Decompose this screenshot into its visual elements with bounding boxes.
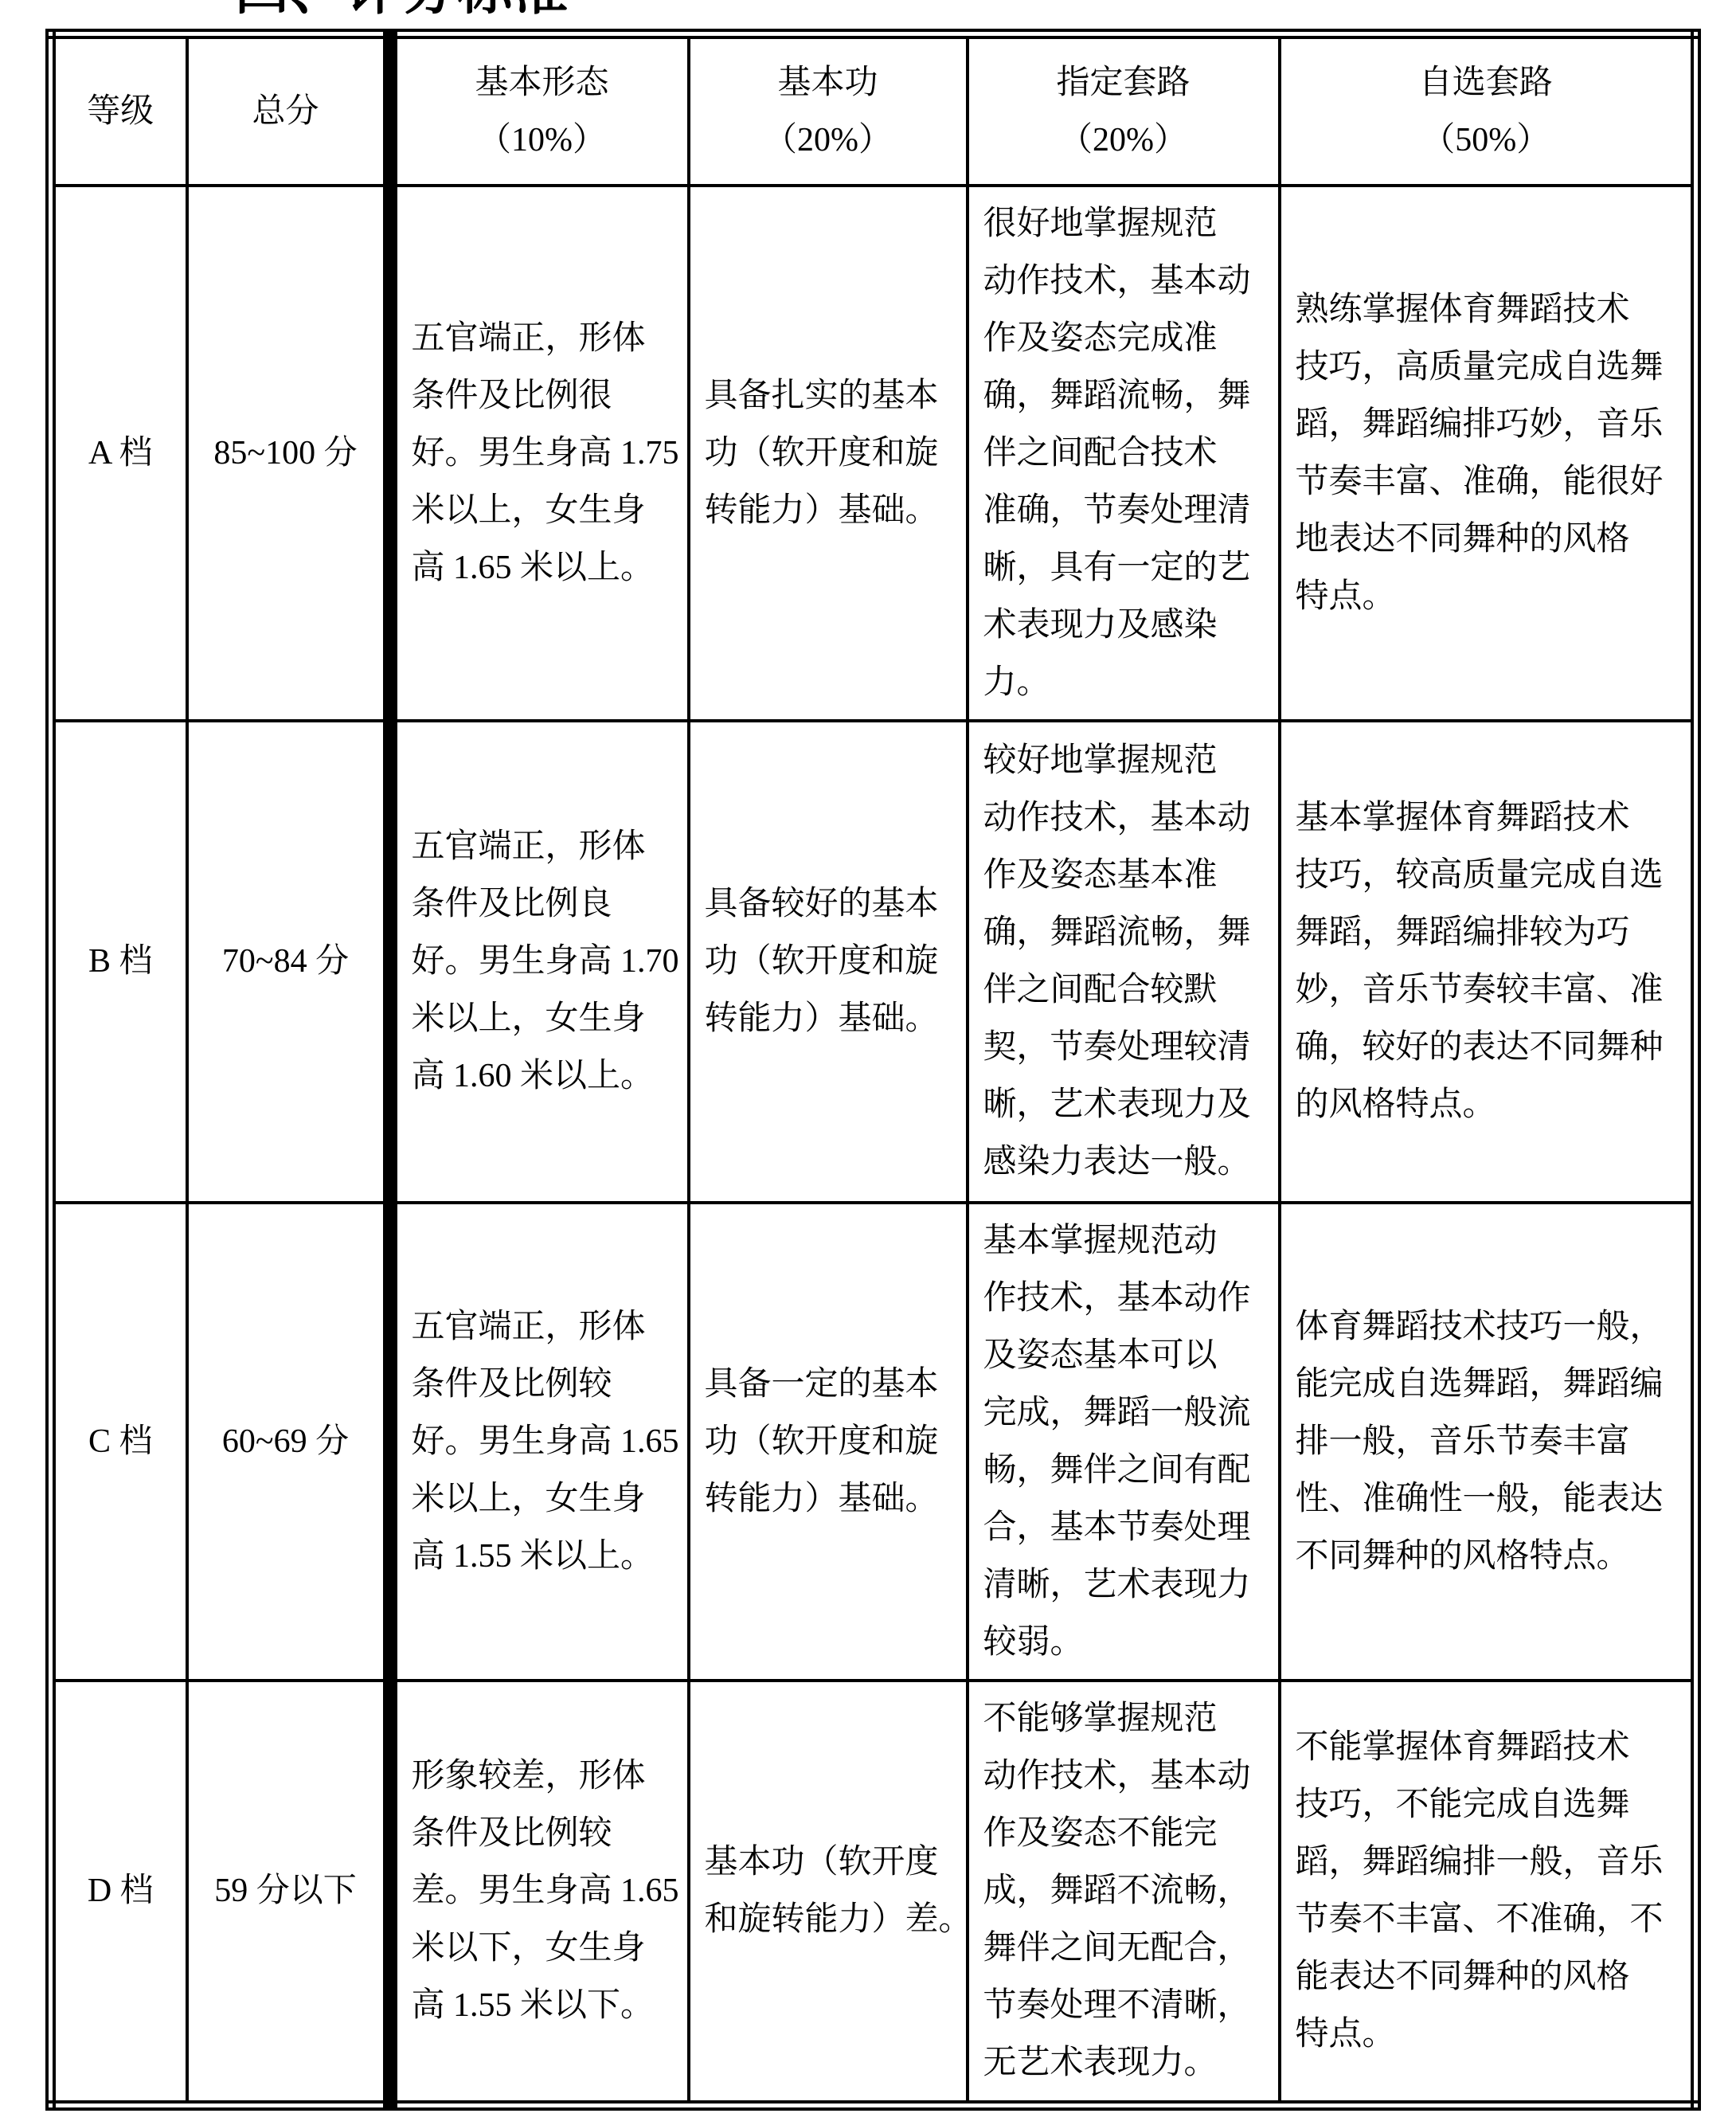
header-basic-skills: 基本功 （20%）: [689, 34, 968, 186]
grading-criteria-table: 等级 总分 基本形态 （10%） 基本功 （20%） 指定套路 （20%） 自选…: [45, 29, 1701, 2111]
cell-d-grade: D 档: [51, 1681, 187, 2106]
table-header-row: 等级 总分 基本形态 （10%） 基本功 （20%） 指定套路 （20%） 自选…: [51, 34, 1696, 186]
cell-d-optional: 不能掌握体育舞蹈技术 技巧，不能完成自选舞 蹈，舞蹈编排一般，音乐 节奏不丰富、…: [1280, 1681, 1696, 2106]
cell-b-score: 70~84 分: [187, 721, 390, 1203]
cell-c-basics: 具备一定的基本 功（软开度和旋 转能力）基础。: [689, 1203, 968, 1681]
cell-d-score: 59 分以下: [187, 1681, 390, 2106]
cell-c-appearance: 五官端正，形体 条件及比例较 好。男生身高 1.65 米以上，女生身 高 1.5…: [390, 1203, 689, 1681]
cell-d-designated: 不能够掌握规范 动作技术，基本动 作及姿态不能完 成，舞蹈不流畅， 舞伴之间无配…: [968, 1681, 1280, 2106]
cell-b-grade: B 档: [51, 721, 187, 1203]
table-row-grade-c: C 档 60~69 分 五官端正，形体 条件及比例较 好。男生身高 1.65 米…: [51, 1203, 1696, 1681]
cell-b-optional: 基本掌握体育舞蹈技术 技巧，较高质量完成自选 舞蹈，舞蹈编排较为巧 妙，音乐节奏…: [1280, 721, 1696, 1203]
cell-b-appearance: 五官端正，形体 条件及比例良 好。男生身高 1.70 米以上，女生身 高 1.6…: [390, 721, 689, 1203]
cell-b-designated: 较好地掌握规范 动作技术，基本动 作及姿态基本准 确，舞蹈流畅，舞 伴之间配合较…: [968, 721, 1280, 1203]
table-row-grade-d: D 档 59 分以下 形象较差，形体 条件及比例较 差。男生身高 1.65 米以…: [51, 1681, 1696, 2106]
header-optional-routine: 自选套路 （50%）: [1280, 34, 1696, 186]
cell-d-appearance: 形象较差，形体 条件及比例较 差。男生身高 1.65 米以下，女生身 高 1.5…: [390, 1681, 689, 2106]
table-row-grade-a: A 档 85~100 分 五官端正，形体 条件及比例很 好。男生身高 1.75 …: [51, 186, 1696, 721]
cell-a-basics: 具备扎实的基本 功（软开度和旋 转能力）基础。: [689, 186, 968, 721]
cell-c-score: 60~69 分: [187, 1203, 390, 1681]
header-designated-routine: 指定套路 （20%）: [968, 34, 1280, 186]
cell-c-grade: C 档: [51, 1203, 187, 1681]
cell-a-appearance: 五官端正，形体 条件及比例很 好。男生身高 1.75 米以上，女生身 高 1.6…: [390, 186, 689, 721]
page-title: 四、评分标准: [235, 0, 569, 18]
cell-c-optional: 体育舞蹈技术技巧一般， 能完成自选舞蹈，舞蹈编 排一般，音乐节奏丰富 性、准确性…: [1280, 1203, 1696, 1681]
header-total-score: 总分: [187, 34, 390, 186]
cell-a-score: 85~100 分: [187, 186, 390, 721]
cell-d-basics: 基本功（软开度 和旋转能力）差。: [689, 1681, 968, 2106]
table-row-grade-b: B 档 70~84 分 五官端正，形体 条件及比例良 好。男生身高 1.70 米…: [51, 721, 1696, 1203]
cell-b-basics: 具备较好的基本 功（软开度和旋 转能力）基础。: [689, 721, 968, 1203]
cell-a-optional: 熟练掌握体育舞蹈技术 技巧，高质量完成自选舞 蹈，舞蹈编排巧妙，音乐 节奏丰富、…: [1280, 186, 1696, 721]
header-grade: 等级: [51, 34, 187, 186]
cell-a-grade: A 档: [51, 186, 187, 721]
cell-a-designated: 很好地掌握规范 动作技术，基本动 作及姿态完成准 确，舞蹈流畅，舞 伴之间配合技…: [968, 186, 1280, 721]
header-basic-form: 基本形态 （10%）: [390, 34, 689, 186]
cell-c-designated: 基本掌握规范动 作技术，基本动作 及姿态基本可以 完成，舞蹈一般流 畅，舞伴之间…: [968, 1203, 1280, 1681]
